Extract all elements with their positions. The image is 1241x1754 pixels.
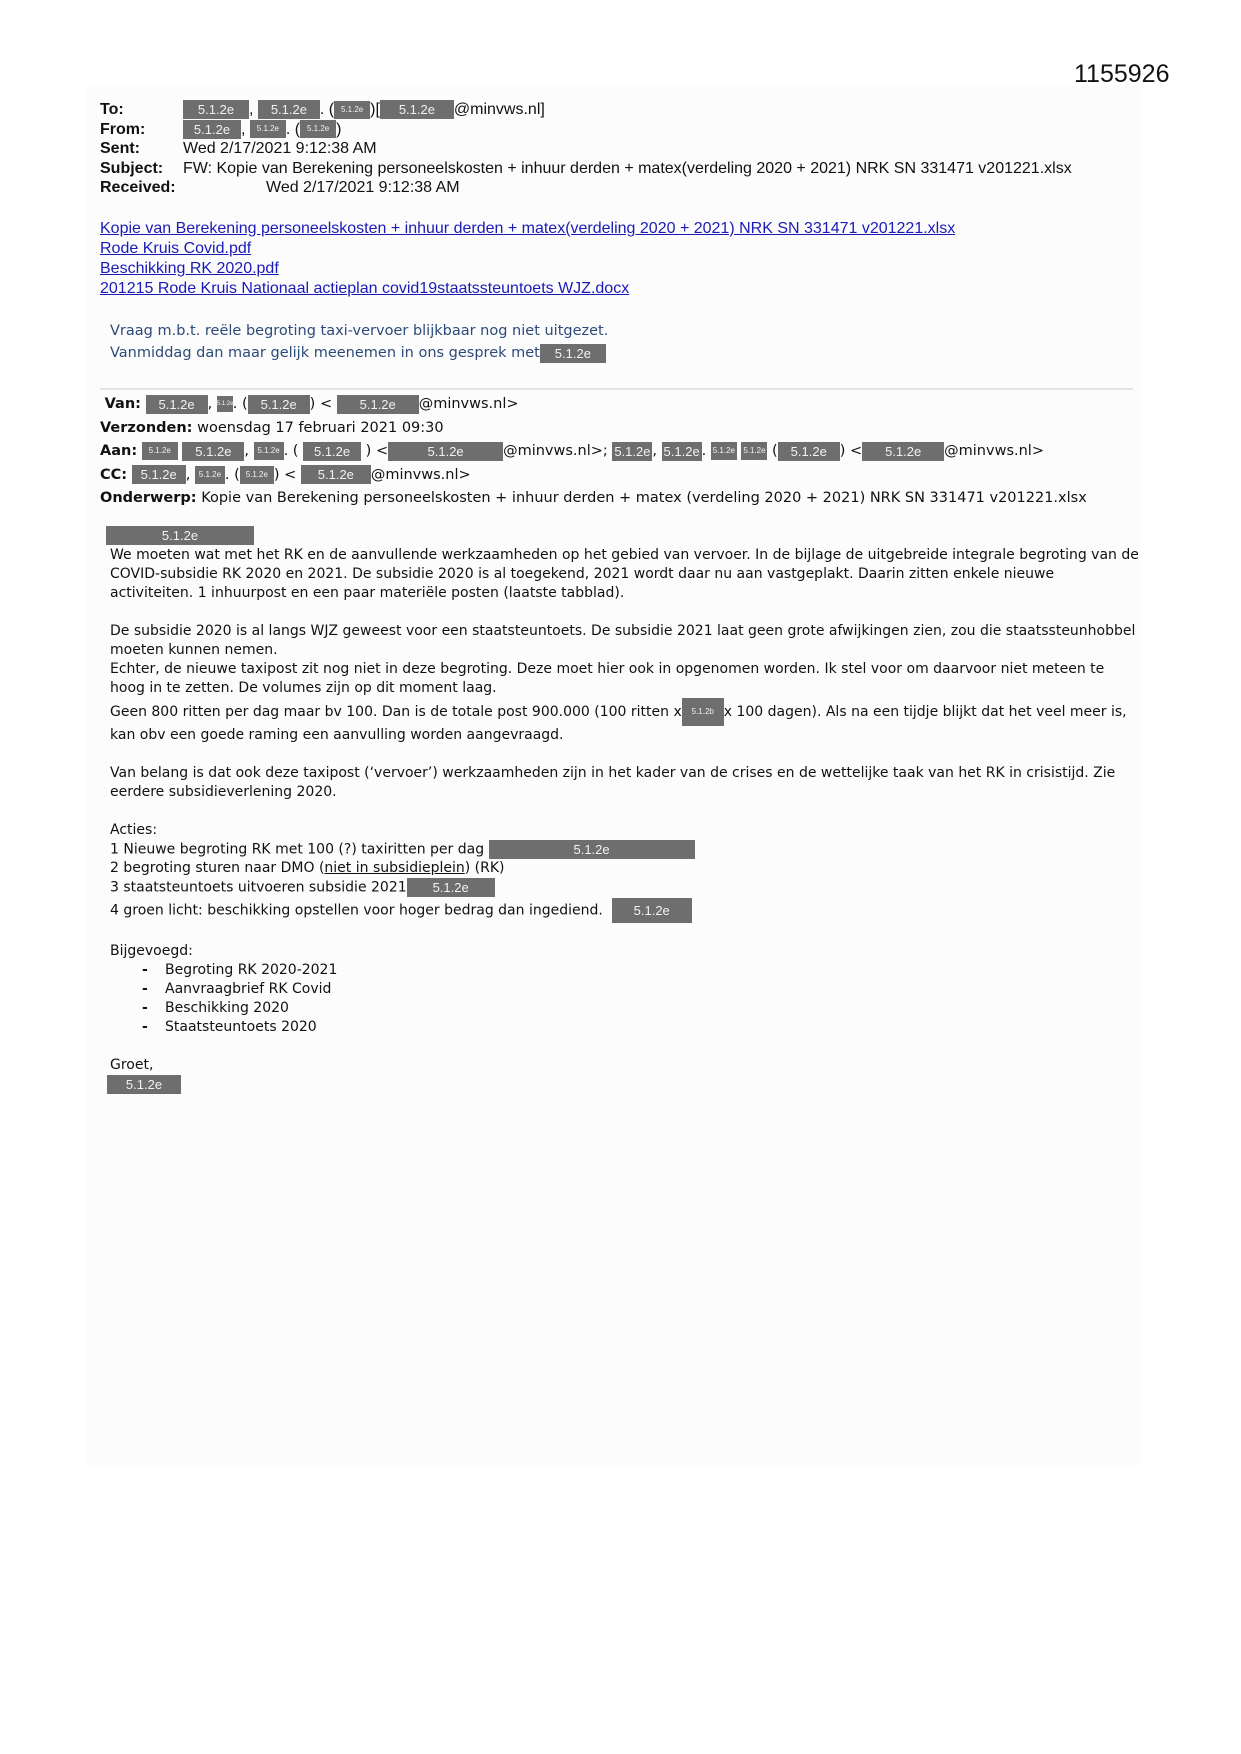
redaction: 5.1.2e	[183, 120, 241, 139]
forward-note: Vraag m.b.t. reële begroting taxi-vervoe…	[110, 320, 608, 364]
redaction: 5.1.2e	[862, 442, 944, 461]
from-label: From:	[100, 120, 183, 140]
forward-note-line: Vanmiddag dan maar gelijk meenemen in on…	[110, 345, 540, 361]
paragraph: De subsidie 2020 is al langs WJZ geweest…	[110, 622, 1140, 660]
action-item: 3 staatsteuntoets uitvoeren subsidie 202…	[110, 878, 1140, 898]
received-label: Received:	[100, 178, 266, 198]
attachment-list: Kopie van Berekening personeelskosten + …	[100, 219, 955, 299]
redaction: 5.1.2e	[778, 442, 840, 461]
onderwerp-row: Onderwerp: Kopie van Berekening personee…	[100, 487, 1140, 511]
subject-value: FW: Kopie van Berekening personeelskoste…	[183, 160, 1072, 177]
redaction: 5.1.2e	[540, 344, 606, 363]
email-domain: @minvws.nl>	[419, 396, 519, 412]
redaction: 5.1.2e	[240, 466, 274, 484]
sent-row: Sent: Wed 2/17/2021 9:12:38 AM	[100, 139, 1080, 159]
to-label: To:	[100, 100, 183, 120]
redaction: 5.1.2e	[388, 442, 503, 461]
redaction: 5.1.2e	[489, 840, 695, 859]
redaction: 5.1.2e	[612, 898, 692, 923]
sent-value: Wed 2/17/2021 9:12:38 AM	[183, 139, 1080, 159]
verzonden-row: Verzonden: woensdag 17 februari 2021 09:…	[100, 417, 1140, 441]
subject-label: Subject:	[100, 159, 183, 179]
received-row: Received: Wed 2/17/2021 9:12:38 AM	[100, 178, 1080, 198]
attachment-link[interactable]: 201215 Rode Kruis Nationaal actieplan co…	[100, 279, 955, 299]
paragraph: Geen 800 ritten per dag maar bv 100. Dan…	[110, 698, 1140, 745]
acties-label: Acties:	[110, 821, 1140, 840]
paragraph: We moeten wat met het RK en de aanvullen…	[110, 546, 1140, 603]
action-item: 4 groen licht: beschikking opstellen voo…	[110, 898, 1140, 923]
redaction: 5.1.2e	[254, 442, 284, 460]
from-row: From: 5.1.2e, 5.1.2e. (5.1.2e)	[100, 120, 1080, 140]
redaction: 5.1.2e	[258, 100, 320, 119]
action-text: 4 groen licht: beschikking opstellen voo…	[110, 902, 603, 918]
paragraph: Echter, de nieuwe taxipost zit nog niet …	[110, 660, 1140, 698]
redaction: 5.1.2e	[407, 878, 495, 897]
redaction: 5.1.2e	[195, 466, 225, 484]
redaction: 5.1.2b	[682, 698, 724, 726]
redaction: 5.1.2e	[711, 442, 737, 460]
subject-row: Subject:FW: Kopie van Berekening persone…	[100, 159, 1080, 179]
list-item: Staatsteuntoets 2020	[165, 1018, 1140, 1037]
redaction: 5.1.2e	[300, 120, 336, 138]
greeting: Groet,	[110, 1056, 1140, 1075]
divider	[100, 388, 1133, 390]
aan-label: Aan:	[100, 443, 137, 459]
action-item: 2 begroting sturen naar DMO (niet in sub…	[110, 859, 1140, 878]
redaction: 5.1.2e	[380, 100, 454, 119]
van-row: Van: 5.1.2e, 5.1.2e. (5.1.2e) < 5.1.2e@m…	[100, 393, 1140, 417]
redaction: 5.1.2e	[217, 396, 233, 412]
redaction: 5.1.2e	[612, 442, 652, 461]
action-text: ) (RK)	[465, 860, 505, 876]
redaction: 5.1.2e	[146, 395, 208, 414]
email-domain: @minvws.nl>	[371, 467, 471, 483]
list-item: Begroting RK 2020-2021	[165, 961, 1140, 980]
redaction: 5.1.2e	[741, 442, 767, 460]
message-body: 5.1.2e We moeten wat met het RK en de aa…	[110, 526, 1140, 1094]
verzonden-value: woensdag 17 februari 2021 09:30	[197, 420, 444, 436]
redaction: 5.1.2e	[182, 442, 244, 461]
email-header: To: 5.1.2e, 5.1.2e. (5.1.2e)[5.1.2e@minv…	[100, 100, 1080, 198]
forward-note-line: Vraag m.b.t. reële begroting taxi-vervoe…	[110, 320, 608, 342]
paragraph-text: Geen 800 ritten per dag maar bv 100. Dan…	[110, 704, 682, 720]
redaction: 5.1.2e	[107, 1075, 181, 1094]
redaction: 5.1.2e	[662, 442, 702, 461]
bijgevoegd-label: Bijgevoegd:	[110, 942, 1140, 961]
action-text-underlined: niet in subsidieplein	[324, 860, 464, 876]
list-item: Beschikking 2020	[165, 999, 1140, 1018]
redaction: 5.1.2e	[303, 442, 361, 461]
van-label: Van:	[105, 396, 141, 412]
aan-row: Aan: 5.1.2e 5.1.2e, 5.1.2e. ( 5.1.2e ) <…	[100, 440, 1140, 464]
verzonden-label: Verzonden:	[100, 420, 192, 436]
email-domain: @minvws.nl>;	[503, 443, 608, 459]
to-row: To: 5.1.2e, 5.1.2e. (5.1.2e)[5.1.2e@minv…	[100, 100, 1080, 120]
received-value: Wed 2/17/2021 9:12:38 AM	[266, 178, 1080, 198]
onderwerp-label: Onderwerp:	[100, 490, 197, 506]
email-domain: @minvws.nl>	[944, 443, 1044, 459]
redaction: 5.1.2e	[132, 465, 186, 484]
attachment-link[interactable]: Beschikking RK 2020.pdf	[100, 259, 955, 279]
onderwerp-value: Kopie van Berekening personeelskosten + …	[201, 490, 1087, 506]
to-email-domain: @minvws.nl]	[454, 101, 545, 118]
redaction: 5.1.2e	[337, 395, 419, 414]
attachment-bullets: Begroting RK 2020-2021 Aanvraagbrief RK …	[110, 961, 1140, 1037]
redaction: 5.1.2e	[334, 101, 370, 119]
sent-label: Sent:	[100, 139, 183, 159]
redaction: 5.1.2e	[250, 120, 286, 138]
action-text: 3 staatsteuntoets uitvoeren subsidie 202…	[110, 880, 407, 896]
redaction: 5.1.2e	[301, 465, 371, 484]
redaction: 5.1.2e	[106, 526, 254, 545]
attachment-link[interactable]: Kopie van Berekening personeelskosten + …	[100, 219, 955, 239]
redaction: 5.1.2e	[183, 100, 249, 119]
document-number: 1155926	[1074, 60, 1169, 89]
action-text: 1 Nieuwe begroting RK met 100 (?) taxiri…	[110, 841, 484, 857]
redaction: 5.1.2e	[142, 442, 178, 460]
cc-row: CC: 5.1.2e, 5.1.2e. (5.1.2e) < 5.1.2e@mi…	[100, 464, 1140, 488]
action-text: 2 begroting sturen naar DMO (	[110, 860, 324, 876]
list-item: Aanvraagbrief RK Covid	[165, 980, 1140, 999]
attachment-link[interactable]: Rode Kruis Covid.pdf	[100, 239, 955, 259]
cc-label: CC:	[100, 467, 127, 483]
action-item: 1 Nieuwe begroting RK met 100 (?) taxiri…	[110, 840, 1140, 860]
paragraph: Van belang is dat ook deze taxipost (‘ve…	[110, 764, 1140, 802]
redaction: 5.1.2e	[248, 395, 310, 414]
original-message-header: Van: 5.1.2e, 5.1.2e. (5.1.2e) < 5.1.2e@m…	[100, 393, 1140, 511]
